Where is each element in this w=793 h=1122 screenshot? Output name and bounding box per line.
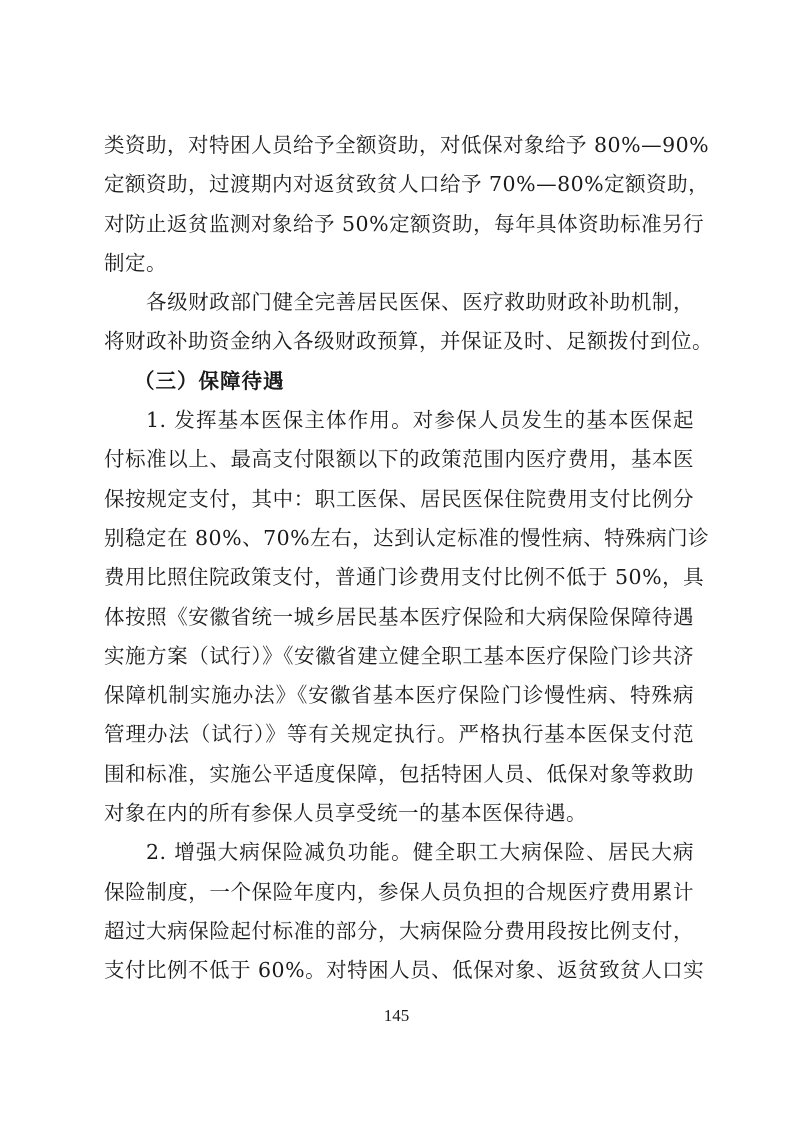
text-line: 体按照《安徽省统一城乡居民基本医疗保险和大病保险保障待遇	[104, 598, 694, 637]
body-text: 类资助，对特困人员给予全额资助，对低保对象给予 80%—90% 定额资助，过渡期…	[104, 126, 694, 991]
text-line: 保险制度，一个保险年度内，参保人员负担的合规医疗费用累计	[104, 873, 694, 912]
text-line: 类资助，对特困人员给予全额资助，对低保对象给予 80%—90%	[104, 126, 694, 165]
paragraph-item-1: 1. 发挥基本医保主体作用。对参保人员发生的基本医保起 付标准以上、最高支付限额…	[104, 401, 694, 833]
text-line: 对象在内的所有参保人员享受统一的基本医保待遇。	[104, 794, 694, 833]
text-line: 对防止返贫监测对象给予 50%定额资助，每年具体资助标准另行	[104, 205, 694, 244]
page-number: 145	[0, 1006, 793, 1026]
text-line: 保按规定支付，其中：职工医保、居民医保住院费用支付比例分	[104, 480, 694, 519]
text-line: 将财政补助资金纳入各级财政预算，并保证及时、足额拨付到位。	[104, 322, 694, 361]
paragraph-finance-departments: 各级财政部门健全完善居民医保、医疗救助财政补助机制， 将财政补助资金纳入各级财政…	[104, 283, 694, 362]
text-line: 别稳定在 80%、70%左右，达到认定标准的慢性病、特殊病门诊	[104, 519, 694, 558]
text-line: 付标准以上、最高支付限额以下的政策范围内医疗费用，基本医	[104, 440, 694, 479]
text-line: 保障机制实施办法》《安徽省基本医疗保险门诊慢性病、特殊病	[104, 676, 694, 715]
text-line: 支付比例不低于 60%。对特困人员、低保对象、返贫致贫人口实	[104, 951, 694, 990]
text-line: 费用比照住院政策支付，普通门诊费用支付比例不低于 50%，具	[104, 558, 694, 597]
document-page: 类资助，对特困人员给予全额资助，对低保对象给予 80%—90% 定额资助，过渡期…	[0, 0, 793, 1122]
text-line: 各级财政部门健全完善居民医保、医疗救助财政补助机制，	[104, 283, 694, 322]
text-line: 超过大病保险起付标准的部分，大病保险分费用段按比例支付，	[104, 912, 694, 951]
text-line: 2. 增强大病保险减负功能。健全职工大病保险、居民大病	[104, 833, 694, 872]
text-line: 管理办法（试行）》等有关规定执行。严格执行基本医保支付范	[104, 715, 694, 754]
paragraph-subsidy-continuation: 类资助，对特困人员给予全额资助，对低保对象给予 80%—90% 定额资助，过渡期…	[104, 126, 694, 283]
paragraph-item-2: 2. 增强大病保险减负功能。健全职工大病保险、居民大病 保险制度，一个保险年度内…	[104, 833, 694, 990]
text-line: 实施方案（试行）》《安徽省建立健全职工基本医疗保险门诊共济	[104, 637, 694, 676]
section-heading: （三）保障待遇	[104, 362, 694, 401]
text-line: 定额资助，过渡期内对返贫致贫人口给予 70%—80%定额资助，	[104, 165, 694, 204]
text-line: 制定。	[104, 244, 694, 283]
text-line: 围和标准，实施公平适度保障，包括特困人员、低保对象等救助	[104, 755, 694, 794]
text-line: 1. 发挥基本医保主体作用。对参保人员发生的基本医保起	[104, 401, 694, 440]
